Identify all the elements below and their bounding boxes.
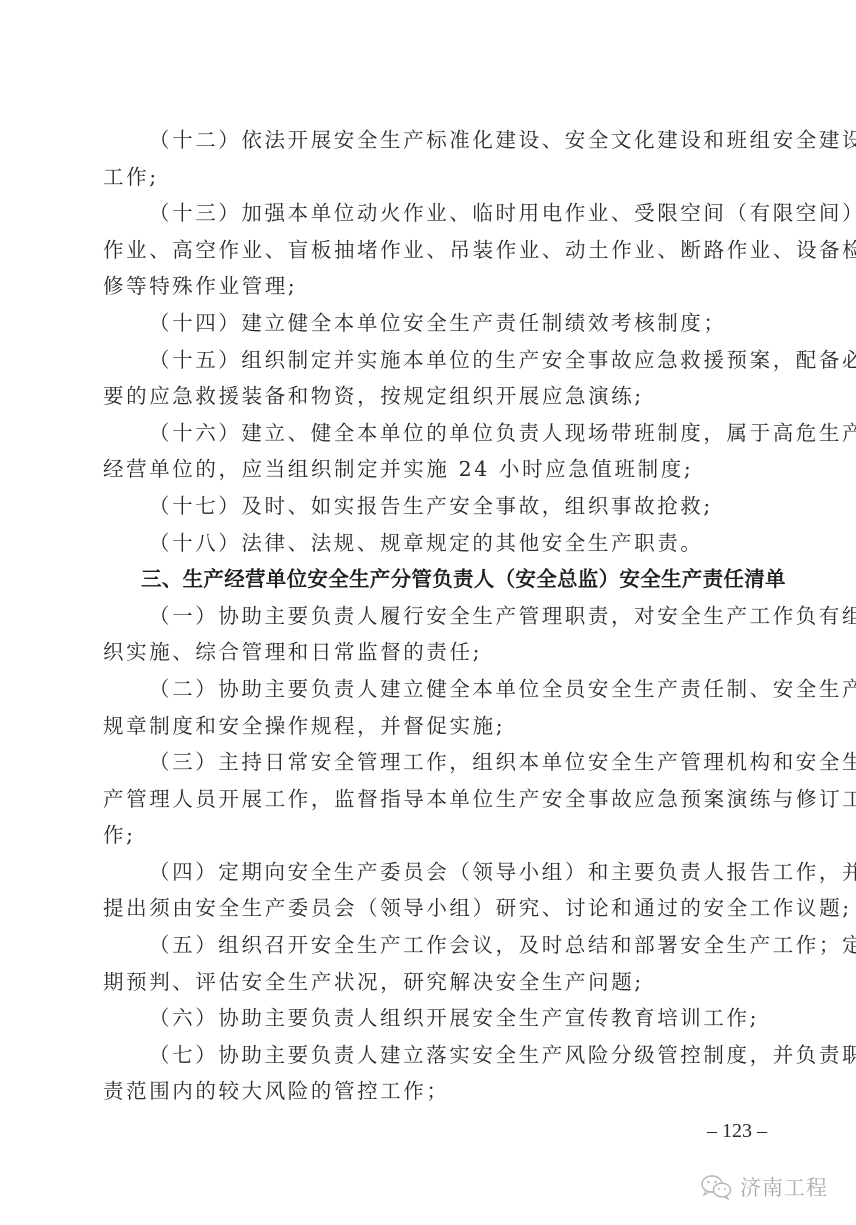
- watermark: 济南工程: [700, 1172, 828, 1202]
- paragraph-line: 期预判、评估安全生产状况，研究解决安全生产问题;: [103, 964, 765, 1001]
- paragraph-line: 作业、高空作业、盲板抽堵作业、吊装作业、动土作业、断路作业、设备检: [103, 232, 765, 269]
- document-body: （十二）依法开展安全生产标准化建设、安全文化建设和班组安全建设 工作; （十三）…: [103, 122, 765, 1110]
- paragraph-line: （十五）组织制定并实施本单位的生产安全事故应急救援预案，配备必: [103, 342, 765, 379]
- paragraph-line: （一）协助主要负责人履行安全生产管理职责，对安全生产工作负有组: [103, 598, 765, 635]
- paragraph-line: 规章制度和安全操作规程，并督促实施;: [103, 708, 765, 745]
- paragraph-line: （六）协助主要负责人组织开展安全生产宣传教育培训工作;: [103, 1000, 765, 1037]
- paragraph-line: 作;: [103, 817, 765, 854]
- page-number: – 123 –: [707, 1120, 767, 1143]
- paragraph-line: （十七）及时、如实报告生产安全事故，组织事故抢救;: [103, 488, 765, 525]
- paragraph-line: （十六）建立、健全本单位的单位负责人现场带班制度，属于高危生产: [103, 415, 765, 452]
- paragraph-line: （七）协助主要负责人建立落实安全生产风险分级管控制度，并负责职: [103, 1037, 765, 1074]
- paragraph-line: （十二）依法开展安全生产标准化建设、安全文化建设和班组安全建设: [103, 122, 765, 159]
- section-heading: 三、生产经营单位安全生产分管负责人（安全总监）安全生产责任清单: [103, 561, 765, 598]
- paragraph-line: 提出须由安全生产委员会（领导小组）研究、讨论和通过的安全工作议题;: [103, 890, 765, 927]
- wechat-icon: [700, 1173, 734, 1201]
- watermark-text: 济南工程: [740, 1172, 828, 1202]
- paragraph-line: 产管理人员开展工作，监督指导本单位生产安全事故应急预案演练与修订工: [103, 781, 765, 818]
- paragraph-line: （四）定期向安全生产委员会（领导小组）和主要负责人报告工作，并: [103, 854, 765, 891]
- paragraph-line: 修等特殊作业管理;: [103, 268, 765, 305]
- paragraph-line: （五）组织召开安全生产工作会议，及时总结和部署安全生产工作；定: [103, 927, 765, 964]
- paragraph-line: （十四）建立健全本单位安全生产责任制绩效考核制度；: [103, 305, 765, 342]
- paragraph-line: （二）协助主要负责人建立健全本单位全员安全生产责任制、安全生产: [103, 671, 765, 708]
- paragraph-line: 经营单位的，应当组织制定并实施 24 小时应急值班制度;: [103, 451, 765, 488]
- paragraph-line: 要的应急救援装备和物资，按规定组织开展应急演练;: [103, 378, 765, 415]
- paragraph-line: 织实施、综合管理和日常监督的责任;: [103, 634, 765, 671]
- paragraph-line: （十八）法律、法规、规章规定的其他安全生产职责。: [103, 525, 765, 562]
- paragraph-line: （十三）加强本单位动火作业、临时用电作业、受限空间（有限空间）: [103, 195, 765, 232]
- paragraph-line: 责范围内的较大风险的管控工作；: [103, 1073, 765, 1110]
- paragraph-line: （三）主持日常安全管理工作，组织本单位安全生产管理机构和安全生: [103, 744, 765, 781]
- paragraph-line: 工作;: [103, 159, 765, 196]
